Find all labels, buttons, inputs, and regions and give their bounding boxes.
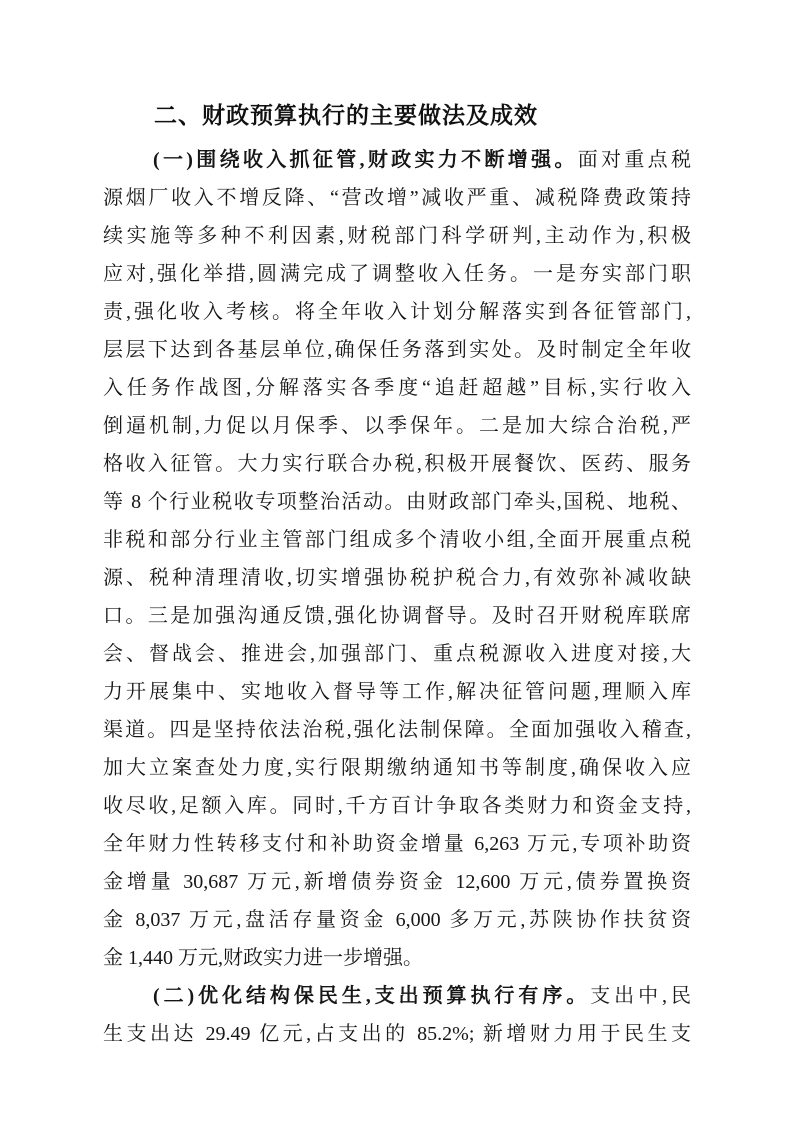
text-segment: 责,强化收入考核。将全年收入计划分解落实到各征管部门, xyxy=(103,301,691,323)
text-segment: 续实施等多种不利因素,财税部门科学研判,主动作为,积极 xyxy=(103,225,691,247)
text-segment: 金 1,440 万元,财政实力进一步增强。 xyxy=(103,947,423,969)
text-segment: 倒逼机制,力促以月保季、以季保年。二是加大综合治税,严 xyxy=(103,415,691,437)
document-page: 二、财政预算执行的主要做法及成效 (一)围绕收入抓征管,财政实力不断增强。面对重… xyxy=(0,0,793,1122)
text-segment: 应对,强化举措,圆满完成了调整收入任务。一是夯实部门职 xyxy=(103,263,691,285)
text-segment: 会、督战会、推进会,加强部门、重点税源收入进度对接,大 xyxy=(103,643,691,665)
text-line: 生支出达 29.49 亿元,占支出的 85.2%; 新增财力用于民生支 xyxy=(103,1015,691,1053)
text-segment: 等 8 个行业税收专项整治活动。由财政部门牵头,国税、地税、 xyxy=(103,491,691,513)
text-line: 渠道。四是坚持依法治税,强化法制保障。全面加强收入稽查, xyxy=(103,711,691,749)
emphasis-text: (二)优化结构保民生,支出预算执行有序。 xyxy=(153,985,590,1007)
document-content: 二、财政预算执行的主要做法及成效 (一)围绕收入抓征管,财政实力不断增强。面对重… xyxy=(103,96,691,1053)
text-line: 加大立案查处力度,实行限期缴纳通知书等制度,确保收入应 xyxy=(103,749,691,787)
text-segment: 非税和部分行业主管部门组成多个清收小组,全面开展重点税 xyxy=(103,529,691,551)
text-segment: 加大立案查处力度,实行限期缴纳通知书等制度,确保收入应 xyxy=(103,757,691,779)
text-segment: 格收入征管。大力实行联合办税,积极开展餐饮、医药、服务 xyxy=(103,453,691,475)
emphasis-text: (一)围绕收入抓征管,财政实力不断增强。 xyxy=(153,149,578,171)
text-line: 等 8 个行业税收专项整治活动。由财政部门牵头,国税、地税、 xyxy=(103,483,691,521)
paragraph: (一)围绕收入抓征管,财政实力不断增强。面对重点税源烟厂收入不增反降、“营改增”… xyxy=(103,141,691,977)
paragraph: (二)优化结构保民生,支出预算执行有序。支出中,民生支出达 29.49 亿元,占… xyxy=(103,977,691,1053)
text-segment: 金 8,037 万元,盘活存量资金 6,000 多万元,苏陕协作扶贫资 xyxy=(103,909,691,931)
text-line: (一)围绕收入抓征管,财政实力不断增强。面对重点税 xyxy=(103,141,691,179)
document-body: (一)围绕收入抓征管,财政实力不断增强。面对重点税源烟厂收入不增反降、“营改增”… xyxy=(103,141,691,1053)
text-segment: 金增量 30,687 万元,新增债券资金 12,600 万元,债券置换资 xyxy=(103,871,691,893)
text-line: 源、税种清理清收,切实增强协税护税合力,有效弥补减收缺 xyxy=(103,559,691,597)
text-segment: 面对重点税 xyxy=(578,149,691,171)
text-line: 格收入征管。大力实行联合办税,积极开展餐饮、医药、服务 xyxy=(103,445,691,483)
text-line: 入任务作战图,分解落实各季度“追赶超越”目标,实行收入 xyxy=(103,369,691,407)
text-line: 倒逼机制,力促以月保季、以季保年。二是加大综合治税,严 xyxy=(103,407,691,445)
text-segment: 渠道。四是坚持依法治税,强化法制保障。全面加强收入稽查, xyxy=(103,719,691,741)
text-line: 口。三是加强沟通反馈,强化协调督导。及时召开财税库联席 xyxy=(103,597,691,635)
text-segment: 全年财力性转移支付和补助资金增量 6,263 万元,专项补助资 xyxy=(103,833,691,855)
text-line: 责,强化收入考核。将全年收入计划分解落实到各征管部门, xyxy=(103,293,691,331)
text-line: 会、督战会、推进会,加强部门、重点税源收入进度对接,大 xyxy=(103,635,691,673)
text-line: 源烟厂收入不增反降、“营改增”减收严重、减税降费政策持 xyxy=(103,179,691,217)
text-segment: 层层下达到各基层单位,确保任务落到实处。及时制定全年收 xyxy=(103,339,691,361)
text-segment: 入任务作战图,分解落实各季度“追赶超越”目标,实行收入 xyxy=(103,377,691,399)
text-line: 收尽收,足额入库。同时,千方百计争取各类财力和资金支持, xyxy=(103,787,691,825)
text-segment: 力开展集中、实地收入督导等工作,解决征管问题,理顺入库 xyxy=(103,681,691,703)
text-line: 金增量 30,687 万元,新增债券资金 12,600 万元,债券置换资 xyxy=(103,863,691,901)
section-heading: 二、财政预算执行的主要做法及成效 xyxy=(103,96,691,134)
text-line: 力开展集中、实地收入督导等工作,解决征管问题,理顺入库 xyxy=(103,673,691,711)
text-line: 层层下达到各基层单位,确保任务落到实处。及时制定全年收 xyxy=(103,331,691,369)
text-line: 金 8,037 万元,盘活存量资金 6,000 多万元,苏陕协作扶贫资 xyxy=(103,901,691,939)
text-segment: 源、税种清理清收,切实增强协税护税合力,有效弥补减收缺 xyxy=(103,567,691,589)
text-line: 应对,强化举措,圆满完成了调整收入任务。一是夯实部门职 xyxy=(103,255,691,293)
text-segment: 生支出达 29.49 亿元,占支出的 85.2%; 新增财力用于民生支 xyxy=(103,1023,691,1045)
text-segment: 源烟厂收入不增反降、“营改增”减收严重、减税降费政策持 xyxy=(103,187,691,209)
text-line: (二)优化结构保民生,支出预算执行有序。支出中,民 xyxy=(103,977,691,1015)
text-line: 全年财力性转移支付和补助资金增量 6,263 万元,专项补助资 xyxy=(103,825,691,863)
text-segment: 收尽收,足额入库。同时,千方百计争取各类财力和资金支持, xyxy=(103,795,691,817)
text-segment: 口。三是加强沟通反馈,强化协调督导。及时召开财税库联席 xyxy=(103,605,691,627)
text-line: 非税和部分行业主管部门组成多个清收小组,全面开展重点税 xyxy=(103,521,691,559)
text-line: 续实施等多种不利因素,财税部门科学研判,主动作为,积极 xyxy=(103,217,691,255)
text-line: 金 1,440 万元,财政实力进一步增强。 xyxy=(103,939,691,977)
text-segment: 支出中,民 xyxy=(590,985,691,1007)
